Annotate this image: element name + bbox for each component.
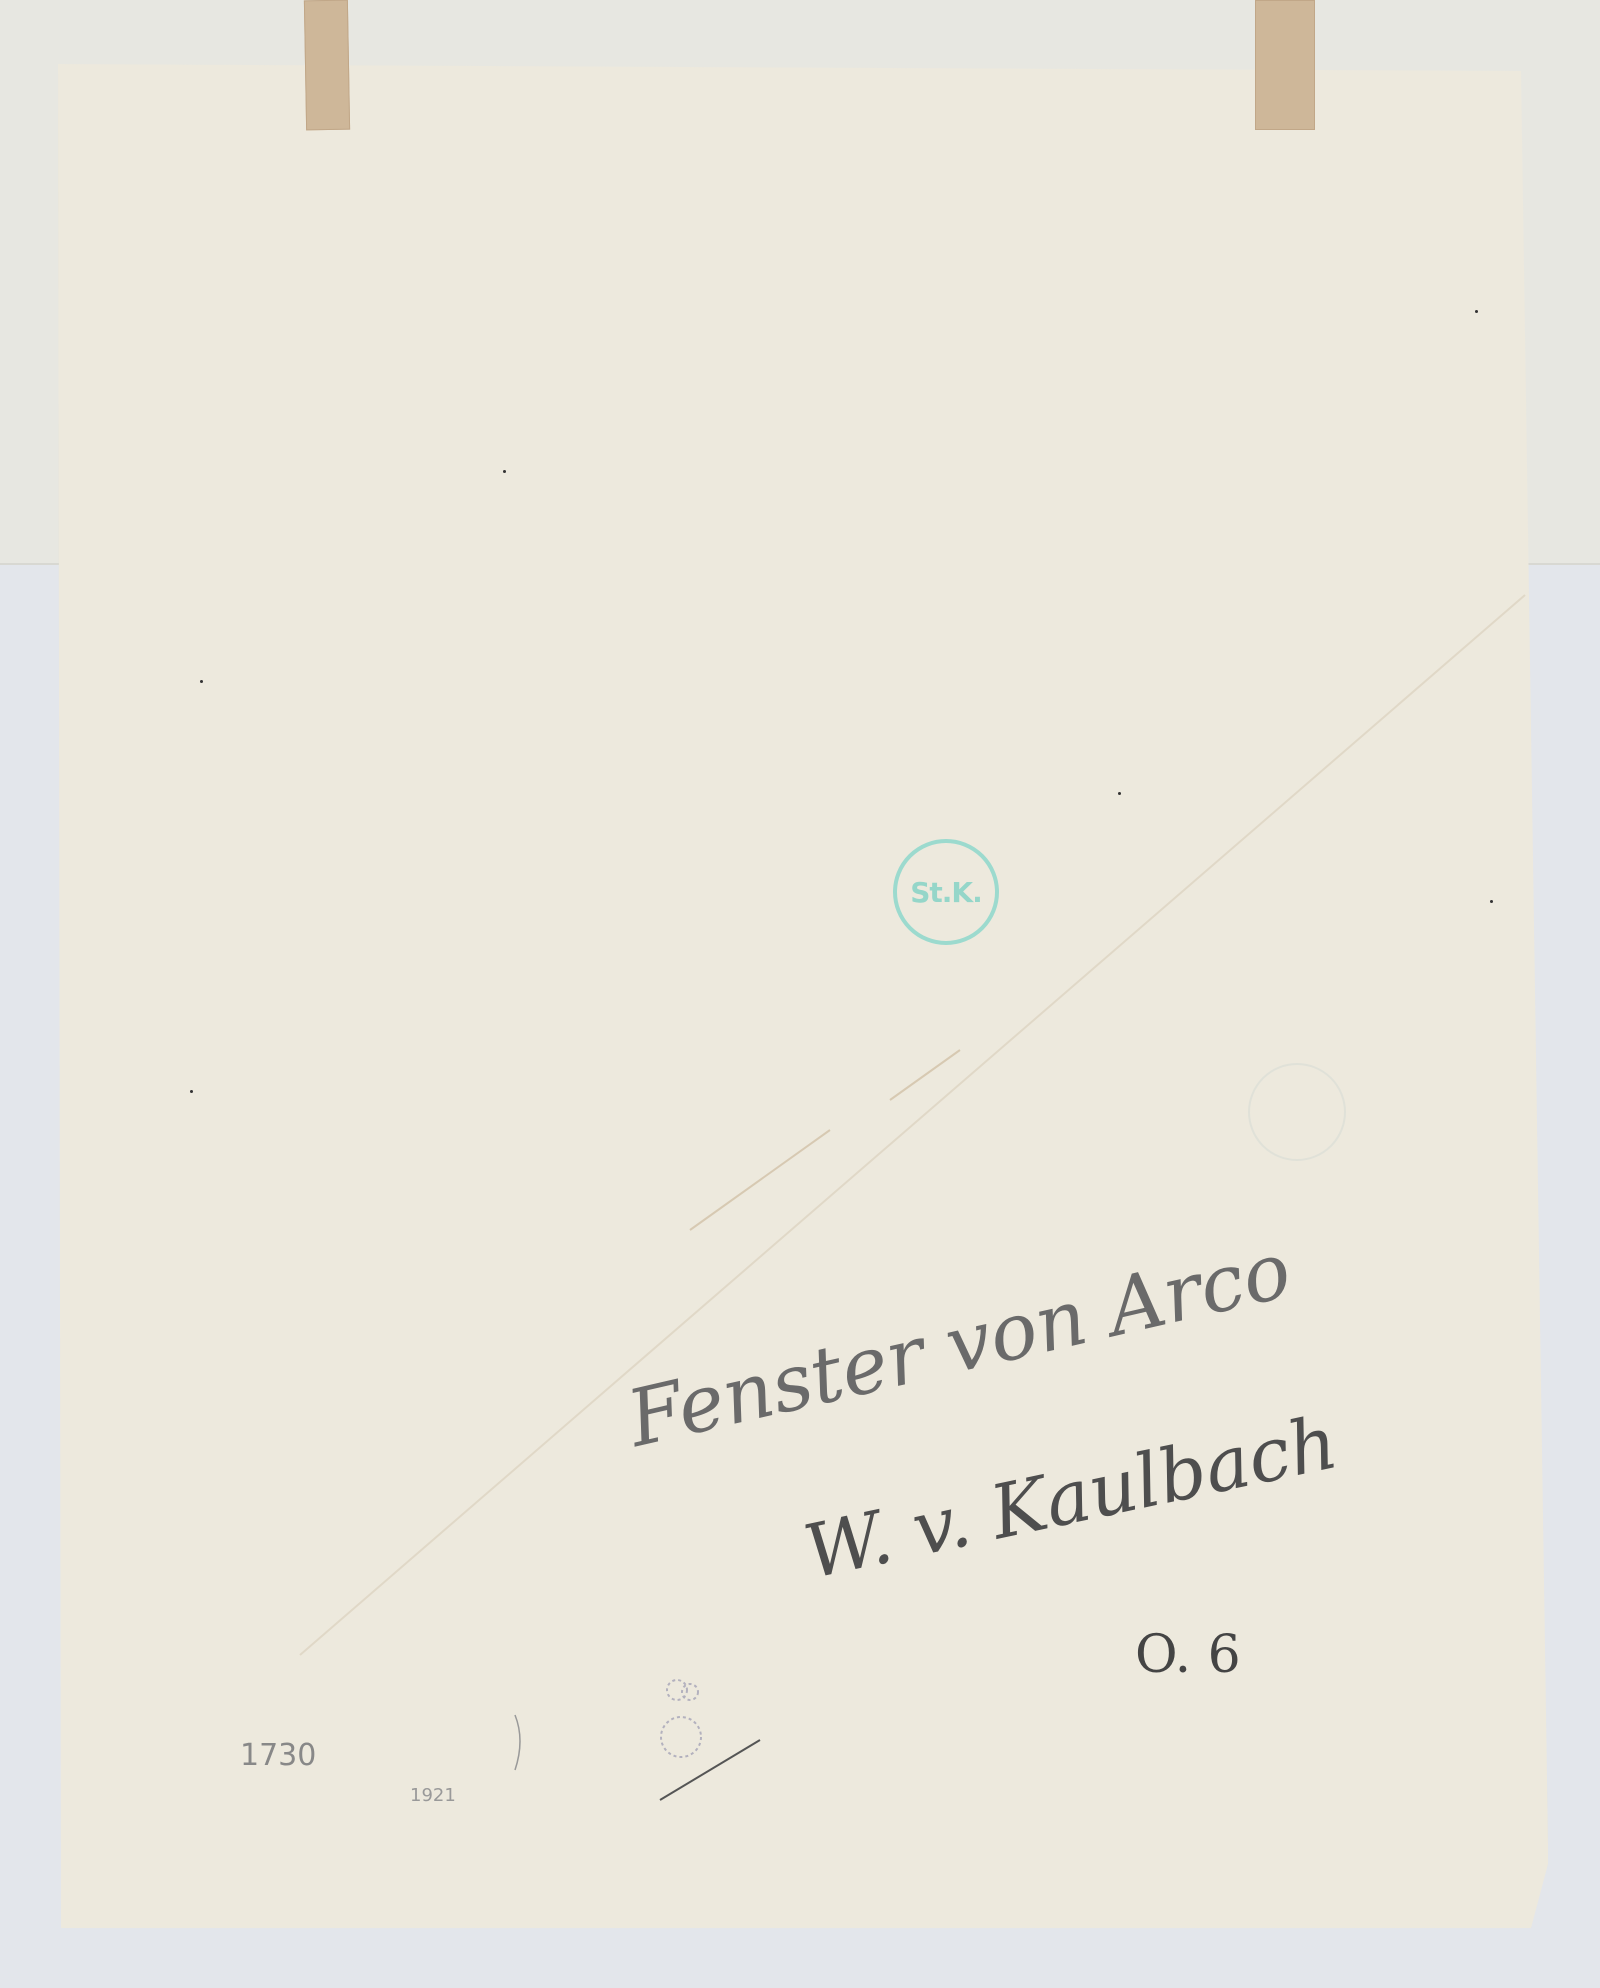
speck (1490, 900, 1493, 903)
faint-stamp-mark (1248, 1063, 1346, 1161)
speck (200, 680, 203, 683)
speck (1475, 310, 1478, 313)
tape-strip-right (1255, 0, 1315, 130)
paper-sheet (58, 64, 1548, 1928)
inscription-number: O. 6 (1135, 1625, 1241, 1685)
faint-number: 1921 (410, 1785, 456, 1806)
pencil-scribble-mark (655, 1672, 713, 1772)
inventory-number: 1730 (240, 1738, 316, 1773)
tape-strip-left (304, 0, 350, 130)
speck (503, 470, 506, 473)
speck (190, 1090, 193, 1093)
collector-stamp: St.K. (893, 839, 999, 945)
stamp-text: St.K. (910, 876, 982, 909)
speck (1118, 792, 1121, 795)
